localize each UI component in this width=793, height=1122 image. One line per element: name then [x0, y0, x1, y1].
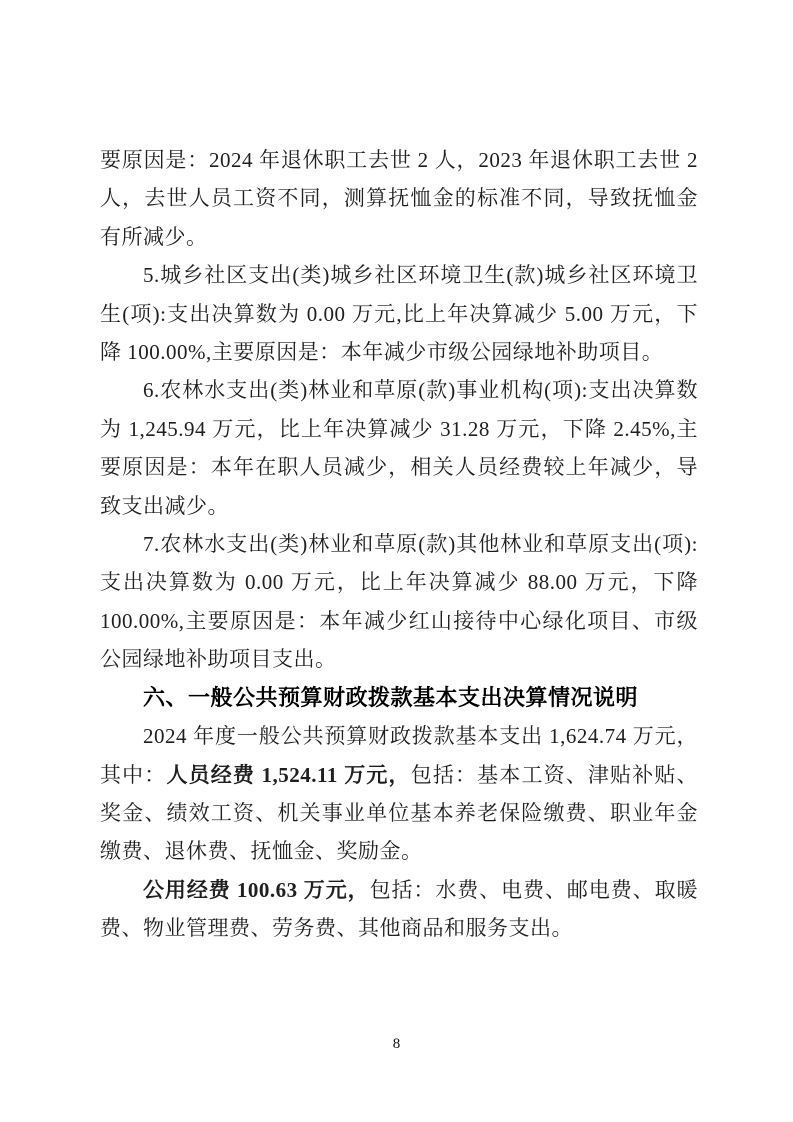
paragraph-item-5: 5.城乡社区支出(类)城乡社区环境卫生(款)城乡社区环境卫生(项):支出决算数为… [100, 256, 698, 371]
text-run: 六、一般公共预算财政拨款基本支出决算情况说明 [143, 685, 638, 710]
document-page: 要原因是：2024 年退休职工去世 2 人，2023 年退休职工去世 2 人，去… [0, 0, 793, 1122]
page-footer: 8 [0, 1036, 793, 1053]
paragraph-continuation: 要原因是：2024 年退休职工去世 2 人，2023 年退休职工去世 2 人，去… [100, 141, 698, 256]
document-body: 要原因是：2024 年退休职工去世 2 人，2023 年退休职工去世 2 人，去… [100, 141, 698, 948]
paragraph-public-expense: 公用经费 100.63 万元，包括：水费、电费、邮电费、取暖费、物业管理费、劳务… [100, 871, 698, 948]
text-run: 人员经费 1,524.11 万元， [166, 763, 410, 787]
text-run: 要原因是：2024 年退休职工去世 2 人，2023 年退休职工去世 2 人，去… [100, 148, 698, 249]
text-run: 7.农林水支出(类)林业和草原(款)其他林业和草原支出(项):支出决算数为 0.… [100, 532, 698, 671]
page-number: 8 [393, 1036, 401, 1052]
text-run: 公用经费 100.63 万元， [143, 878, 370, 902]
text-run: 5.城乡社区支出(类)城乡社区环境卫生(款)城乡社区环境卫生(项):支出决算数为… [100, 263, 698, 364]
paragraph-item-7: 7.农林水支出(类)林业和草原(款)其他林业和草原支出(项):支出决算数为 0.… [100, 525, 698, 679]
paragraph-item-6: 6.农林水支出(类)林业和草原(款)事业机构(项):支出决算数为 1,245.9… [100, 371, 698, 525]
paragraph-basic-expense: 2024 年度一般公共预算财政拨款基本支出 1,624.74 万元，其中：人员经… [100, 717, 698, 871]
text-run: 6.农林水支出(类)林业和草原(款)事业机构(项):支出决算数为 1,245.9… [100, 378, 698, 517]
section-heading: 六、一般公共预算财政拨款基本支出决算情况说明 [100, 679, 698, 717]
